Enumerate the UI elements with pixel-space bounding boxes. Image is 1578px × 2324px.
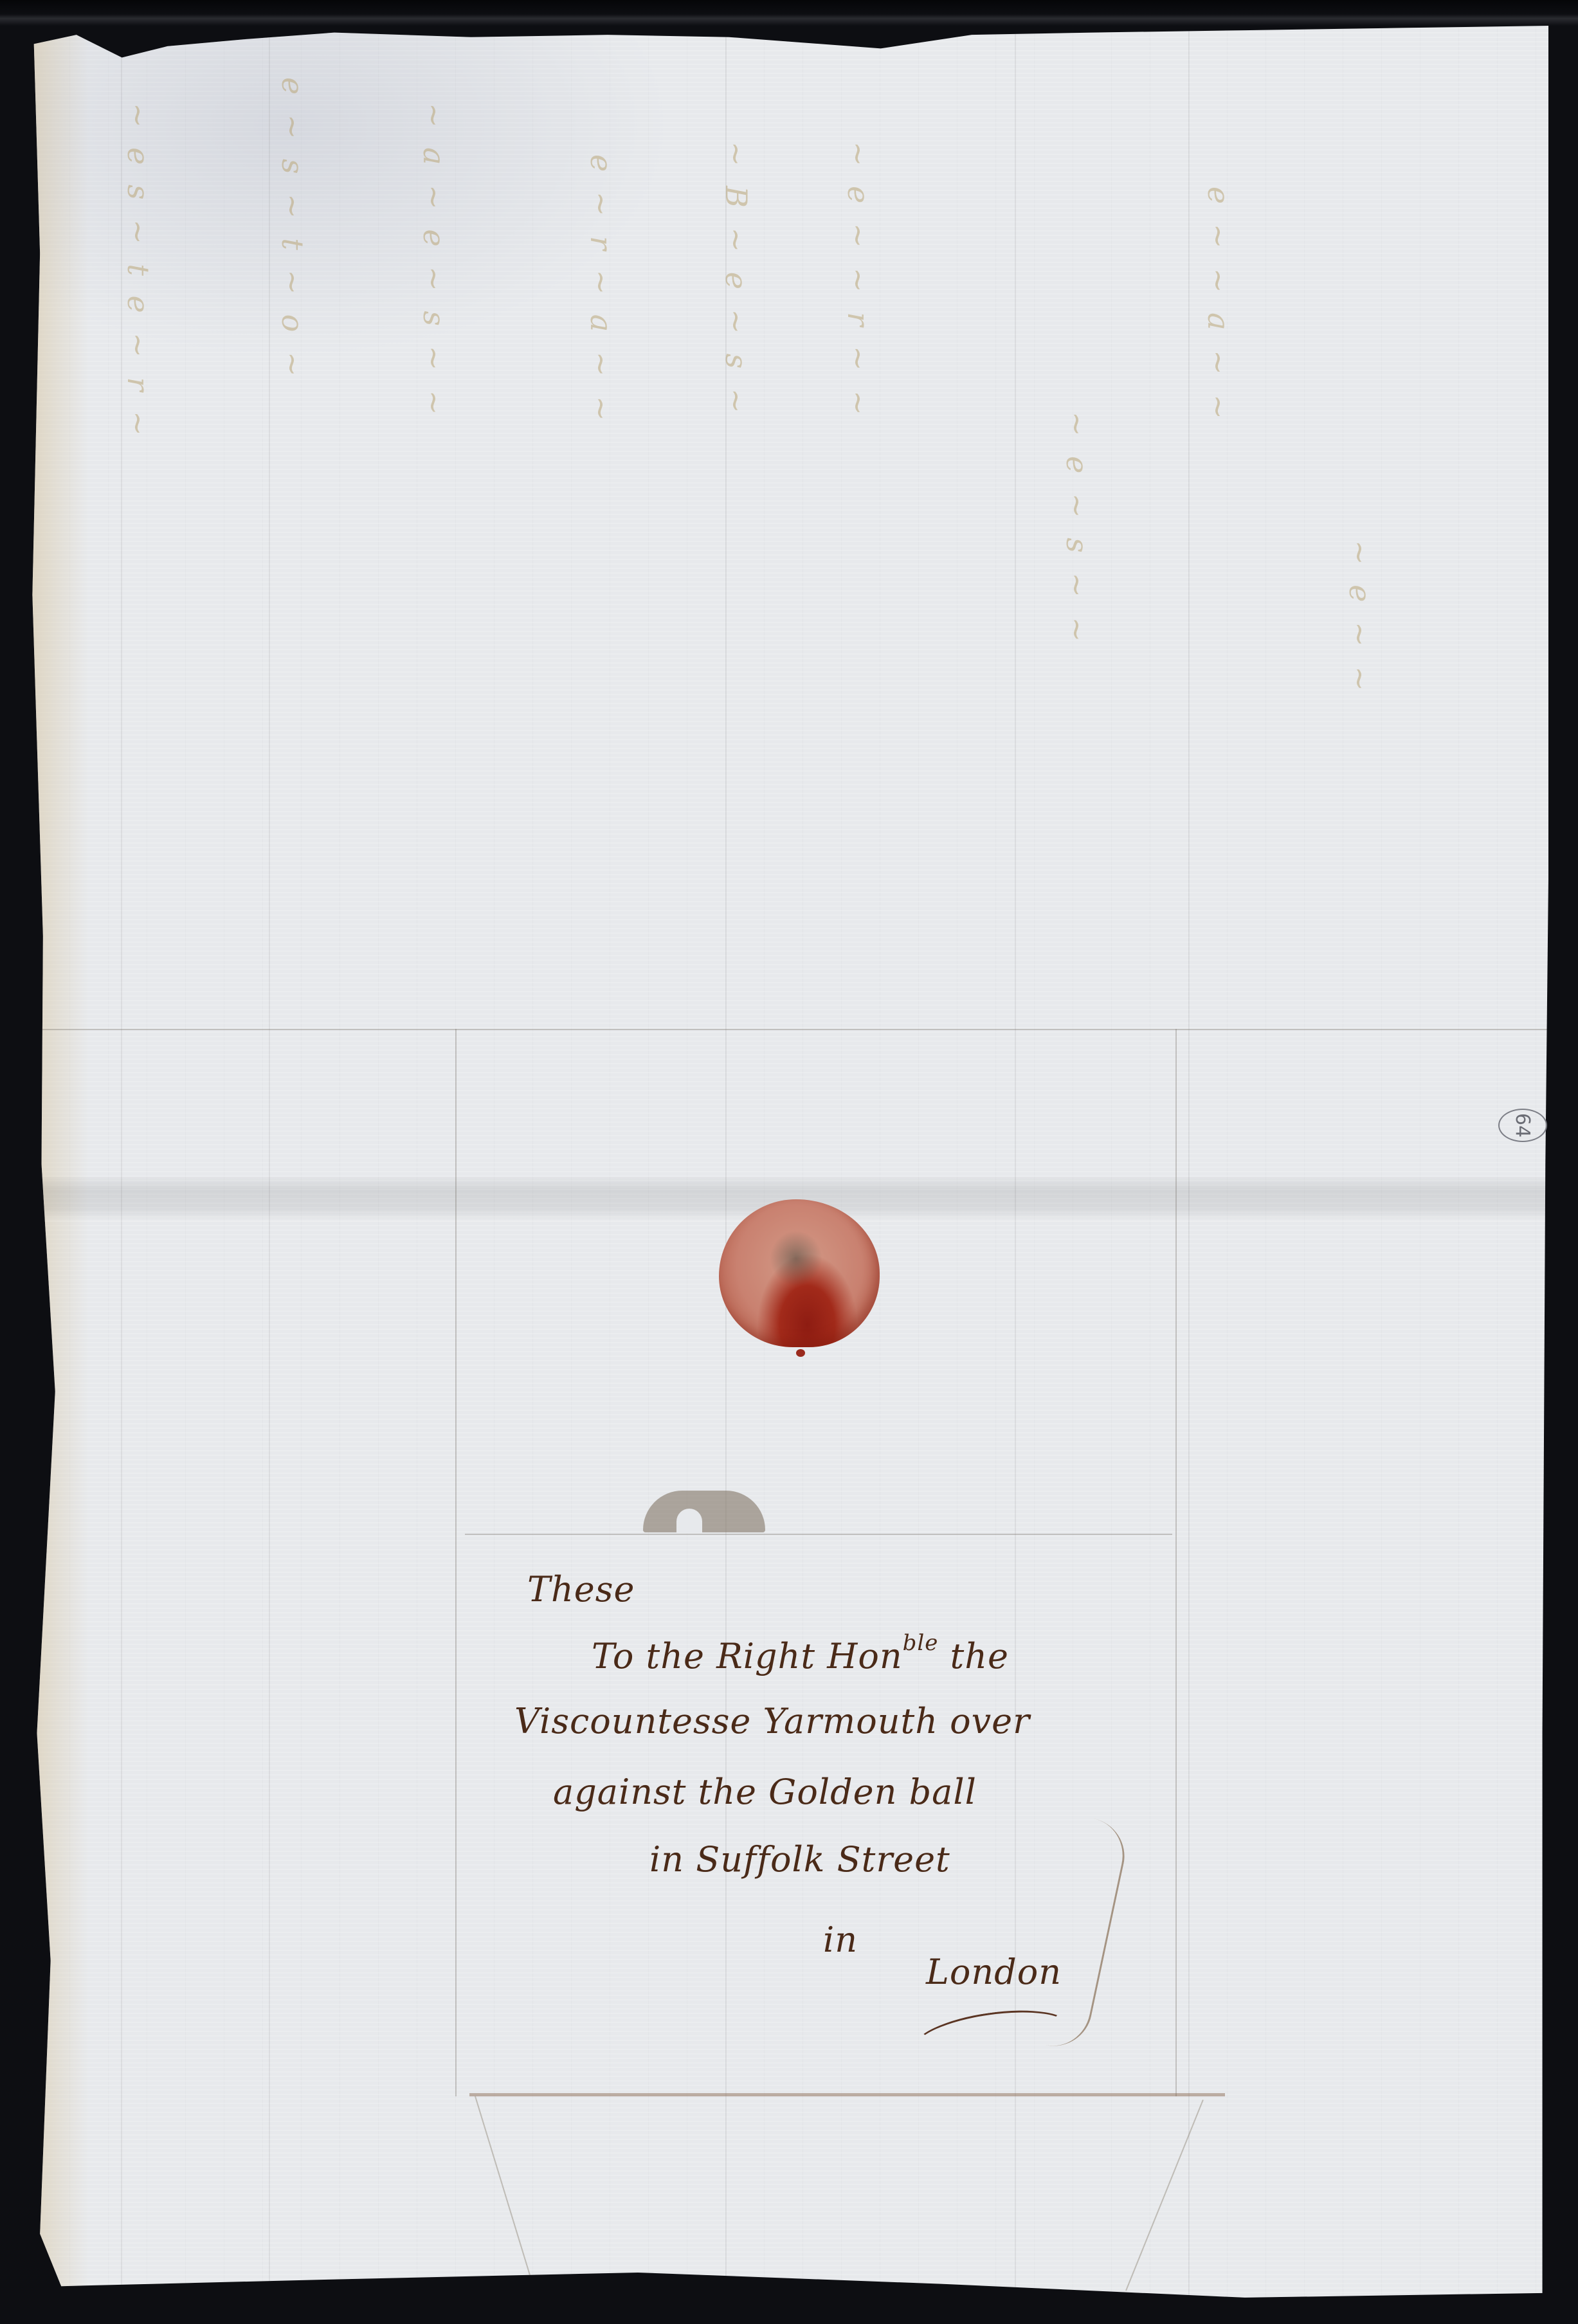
bleed-through-text: ~ a ~ e ~ s ~ ~	[442, 103, 457, 1003]
panel-flap-line	[465, 1534, 1172, 1535]
folio-number: 64	[1498, 1109, 1547, 1142]
bleed-through-text: ~ e s ~ t e ~ r ~	[147, 103, 161, 1003]
address-line-5: in	[823, 1920, 858, 1960]
address-text: To the Right Hon	[592, 1636, 903, 1676]
bleed-through-text: ~ e ~ s ~ ~	[1085, 412, 1100, 990]
address-line-2: Viscountesse Yarmouth over	[514, 1701, 1030, 1741]
address-line-4: in Suffolk Street	[649, 1839, 950, 1880]
bleed-through-text: ~ B ~ e ~ s ~	[745, 141, 759, 977]
letter-sheet: ~ e s ~ t e ~ r ~ e ~ s ~ t ~ o ~ ~ a ~ …	[31, 26, 1548, 2302]
crease	[1188, 26, 1190, 2302]
wax-seal	[719, 1199, 880, 1347]
panel-edge-left	[455, 1029, 457, 2096]
address-text: the	[938, 1636, 1009, 1676]
flap-crease-right	[1125, 2100, 1204, 2291]
panel-edge-right	[1175, 1029, 1177, 2096]
address-line-1: To the Right Honble the	[592, 1630, 1009, 1676]
address-line-3: against the Golden ball	[553, 1772, 977, 1812]
bleed-through-text: e ~ ~ a ~ ~	[1227, 186, 1241, 958]
scan-backdrop	[0, 0, 1578, 26]
flap-crease-left	[475, 2096, 536, 2293]
address-line-these: These	[527, 1569, 635, 1610]
crease	[269, 26, 270, 2302]
wax-residue-stain	[643, 1491, 765, 1532]
address-line-6: London	[926, 1952, 1062, 1992]
fold-line	[31, 1029, 1548, 1030]
bleed-through-text: e ~ r ~ a ~ ~	[610, 154, 624, 990]
bleed-through-text: ~ e ~ ~	[1368, 540, 1383, 1055]
address-superscript: ble	[903, 1630, 939, 1656]
wax-drop	[796, 1349, 805, 1357]
panel-bottom-edge	[469, 2093, 1225, 2096]
edge-stain	[31, 26, 89, 2302]
crease	[725, 26, 727, 2302]
crease	[121, 26, 122, 2302]
bleed-through-text: e ~ s ~ t ~ o ~	[301, 77, 315, 1042]
bleed-through-text: ~ e ~ ~ r ~ ~	[867, 141, 881, 977]
